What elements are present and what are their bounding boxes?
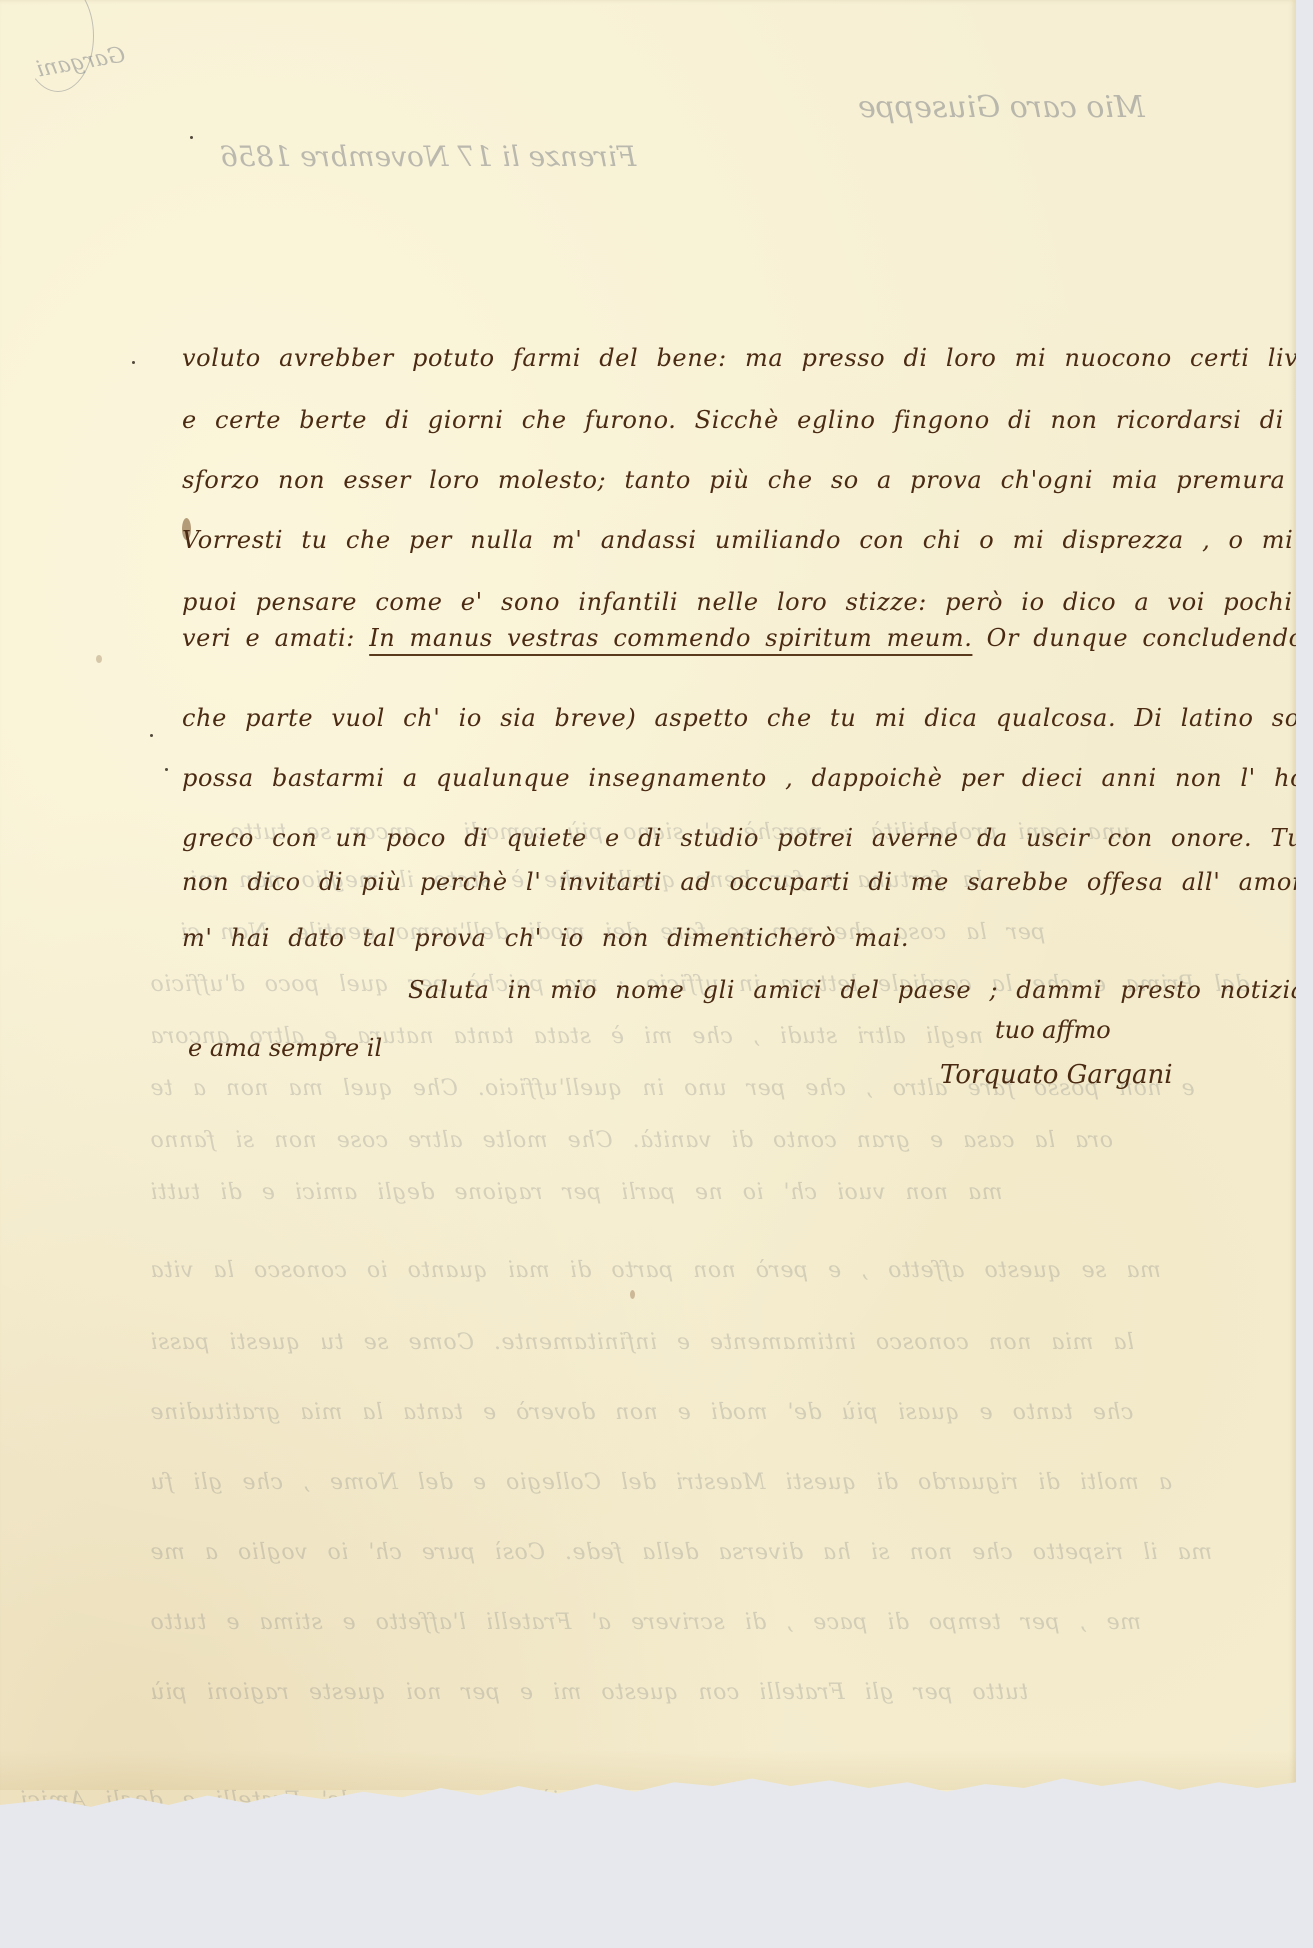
paper-speck: [190, 136, 193, 139]
latin-quotation: In manus vestras commendo spiritum meum.: [369, 624, 972, 652]
show-through-line: me , per tempo di pace , di scrivere a' …: [150, 1610, 1141, 1635]
letter-line: voluto avrebber potuto farmi del bene: m…: [182, 344, 1313, 372]
show-through-line: ora la casa e gran conto di vanità. Che …: [150, 1128, 1113, 1153]
show-through-line: la mia non conosco intimamente e infinit…: [150, 1330, 1134, 1355]
show-through-line: ma il rispetto che non si ha diversa del…: [150, 1540, 1212, 1565]
letter-line: veri e amati: In manus vestras commendo …: [182, 624, 1313, 652]
ink-stain: [630, 1290, 635, 1299]
closing-phrase: e ama sempre il: [188, 1034, 382, 1062]
closing-affection: tuo affmo: [995, 1016, 1111, 1044]
paper-speck: [165, 768, 168, 771]
letter-phrase: veri e amati:: [182, 624, 355, 652]
show-through-line: che tanto e quasi più de' modi e non dov…: [150, 1400, 1133, 1425]
letter-line: greco con un poco di quiete e di studio …: [182, 824, 1313, 852]
letter-line: non dico di più perchè l' invitarti ad o…: [182, 868, 1313, 896]
signature: Torquato Gargani: [940, 1060, 1173, 1090]
show-through-line: tutto per gli Fratelli con questo mi e p…: [150, 1680, 1028, 1705]
show-through-line: ma non vuoi ch' io ne parli per ragione …: [150, 1180, 1002, 1205]
show-through-line: ma se questo affetto , e però non parto …: [150, 1258, 1161, 1283]
letter-line: e certe berte di giorni che furono. Sicc…: [182, 406, 1313, 434]
letter-line: m' hai dato tal prova ch' io non dimenti…: [182, 924, 909, 952]
letter-phrase: Or dunque concludendo (e il corriere: [987, 624, 1313, 652]
faint-date: Firenze li 17 Novembre 1856: [220, 140, 636, 173]
show-through-line: a molti di riguardo di questi Maestri de…: [150, 1470, 1172, 1495]
letter-line: Saluta in mio nome gli amici del paese ;…: [408, 976, 1313, 1004]
letter-line: che parte vuol ch' io sia breve) aspetto…: [182, 704, 1313, 732]
paper-speck: [150, 734, 153, 737]
letter-line: puoi pensare come e' sono infantili nell…: [182, 588, 1313, 616]
show-through-line: ancora più e questo e de' Fratelli e deg…: [20, 1788, 674, 1813]
faint-salutation: Mio caro Giuseppe: [858, 90, 1145, 125]
paper-speck: [132, 361, 135, 364]
ink-stain: [96, 655, 102, 663]
letter-line: possa bastarmi a qualunque insegnamento …: [182, 764, 1313, 792]
letter-paper: Gargani Mio caro Giuseppe Firenze li 17 …: [0, 0, 1296, 1890]
letter-line: sforzo non esser loro molesto; tanto più…: [182, 466, 1313, 494]
letter-line: Vorresti tu che per nulla m' andassi umi…: [182, 526, 1313, 554]
paper-speck: [74, 1832, 77, 1835]
